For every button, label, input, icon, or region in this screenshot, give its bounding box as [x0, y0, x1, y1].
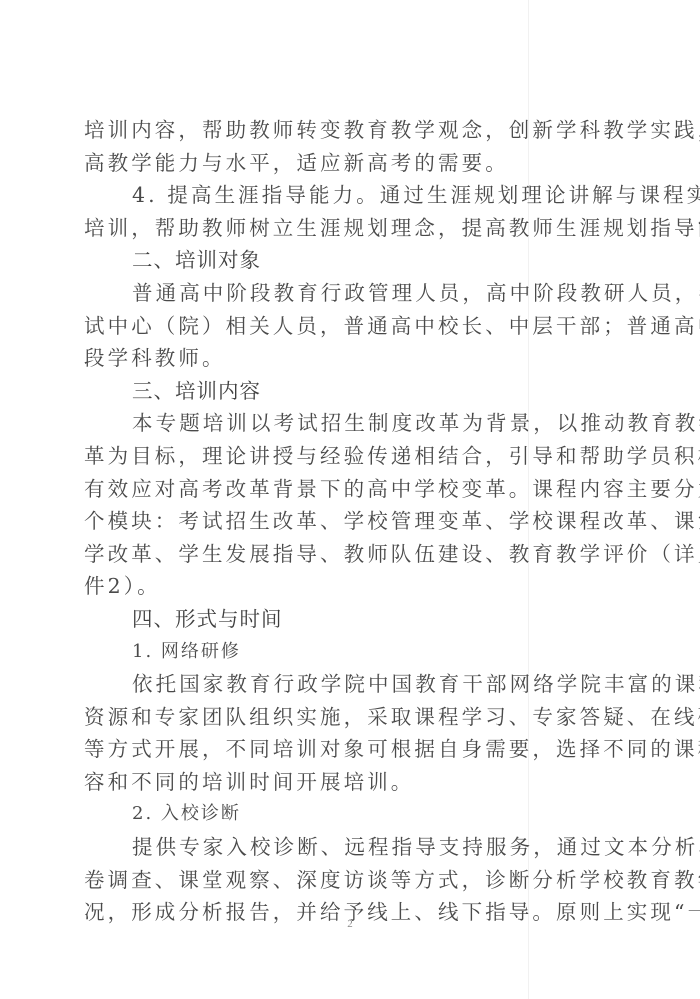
paragraph-line: 本专题培训以考试招生制度改革为背景，以推动教育教学变 [84, 407, 614, 440]
paragraph-line: 高教学能力与水平，适应新高考的需要。 [84, 147, 614, 180]
paragraph-line: 培训内容，帮助教师转变教育教学观念，创新学科教学实践，提 [84, 114, 614, 147]
subsection-heading-school-diagnosis: 2. 入校诊断 [84, 798, 614, 831]
paragraph-line: 4. 提高生涯指导能力。通过生涯规划理论讲解与课程实施等 [84, 179, 614, 212]
paragraph-line: 培训，帮助教师树立生涯规划理念，提高教师生涯规划指导能力。 [84, 212, 614, 245]
section-heading-4: 四、形式与时间 [84, 603, 614, 636]
paragraph-line: 革为目标，理论讲授与经验传递相结合，引导和帮助学员积极、 [84, 440, 614, 473]
paragraph-line: 等方式开展，不同培训对象可根据自身需要，选择不同的课程内 [84, 733, 614, 766]
paragraph-line: 提供专家入校诊断、远程指导支持服务，通过文本分析、问 [84, 831, 614, 864]
paragraph-line: 学改革、学生发展指导、教师队伍建设、教育教学评价（详见附 [84, 538, 614, 571]
paragraph-line: 有效应对高考改革背景下的高中学校变革。课程内容主要分为七 [84, 473, 614, 506]
page-number: 2 [0, 918, 700, 930]
document-body: 培训内容，帮助教师转变教育教学观念，创新学科教学实践，提 高教学能力与水平，适应… [84, 114, 614, 929]
subsection-heading-online-training: 1. 网络研修 [84, 636, 614, 669]
paragraph-line: 卷调查、课堂观察、深度访谈等方式，诊断分析学校教育教学情 [84, 864, 614, 897]
paragraph-line: 段学科教师。 [84, 342, 614, 375]
section-heading-2: 二、培训对象 [84, 244, 614, 277]
paragraph-line: 普通高中阶段教育行政管理人员，高中阶段教研人员，各考 [84, 277, 614, 310]
section-heading-3: 三、培训内容 [84, 375, 614, 408]
paragraph-line: 试中心（院）相关人员，普通高中校长、中层干部；普通高中阶 [84, 310, 614, 343]
paragraph-line: 个模块：考试招生改革、学校管理变革、学校课程改革、课堂教 [84, 505, 614, 538]
paragraph-line: 件2）。 [84, 570, 614, 603]
paragraph-line: 依托国家教育行政学院中国教育干部网络学院丰富的课程 [84, 668, 614, 701]
paragraph-line: 资源和专家团队组织实施，采取课程学习、专家答疑、在线研讨 [84, 701, 614, 734]
paragraph-line: 容和不同的培训时间开展培训。 [84, 766, 614, 799]
